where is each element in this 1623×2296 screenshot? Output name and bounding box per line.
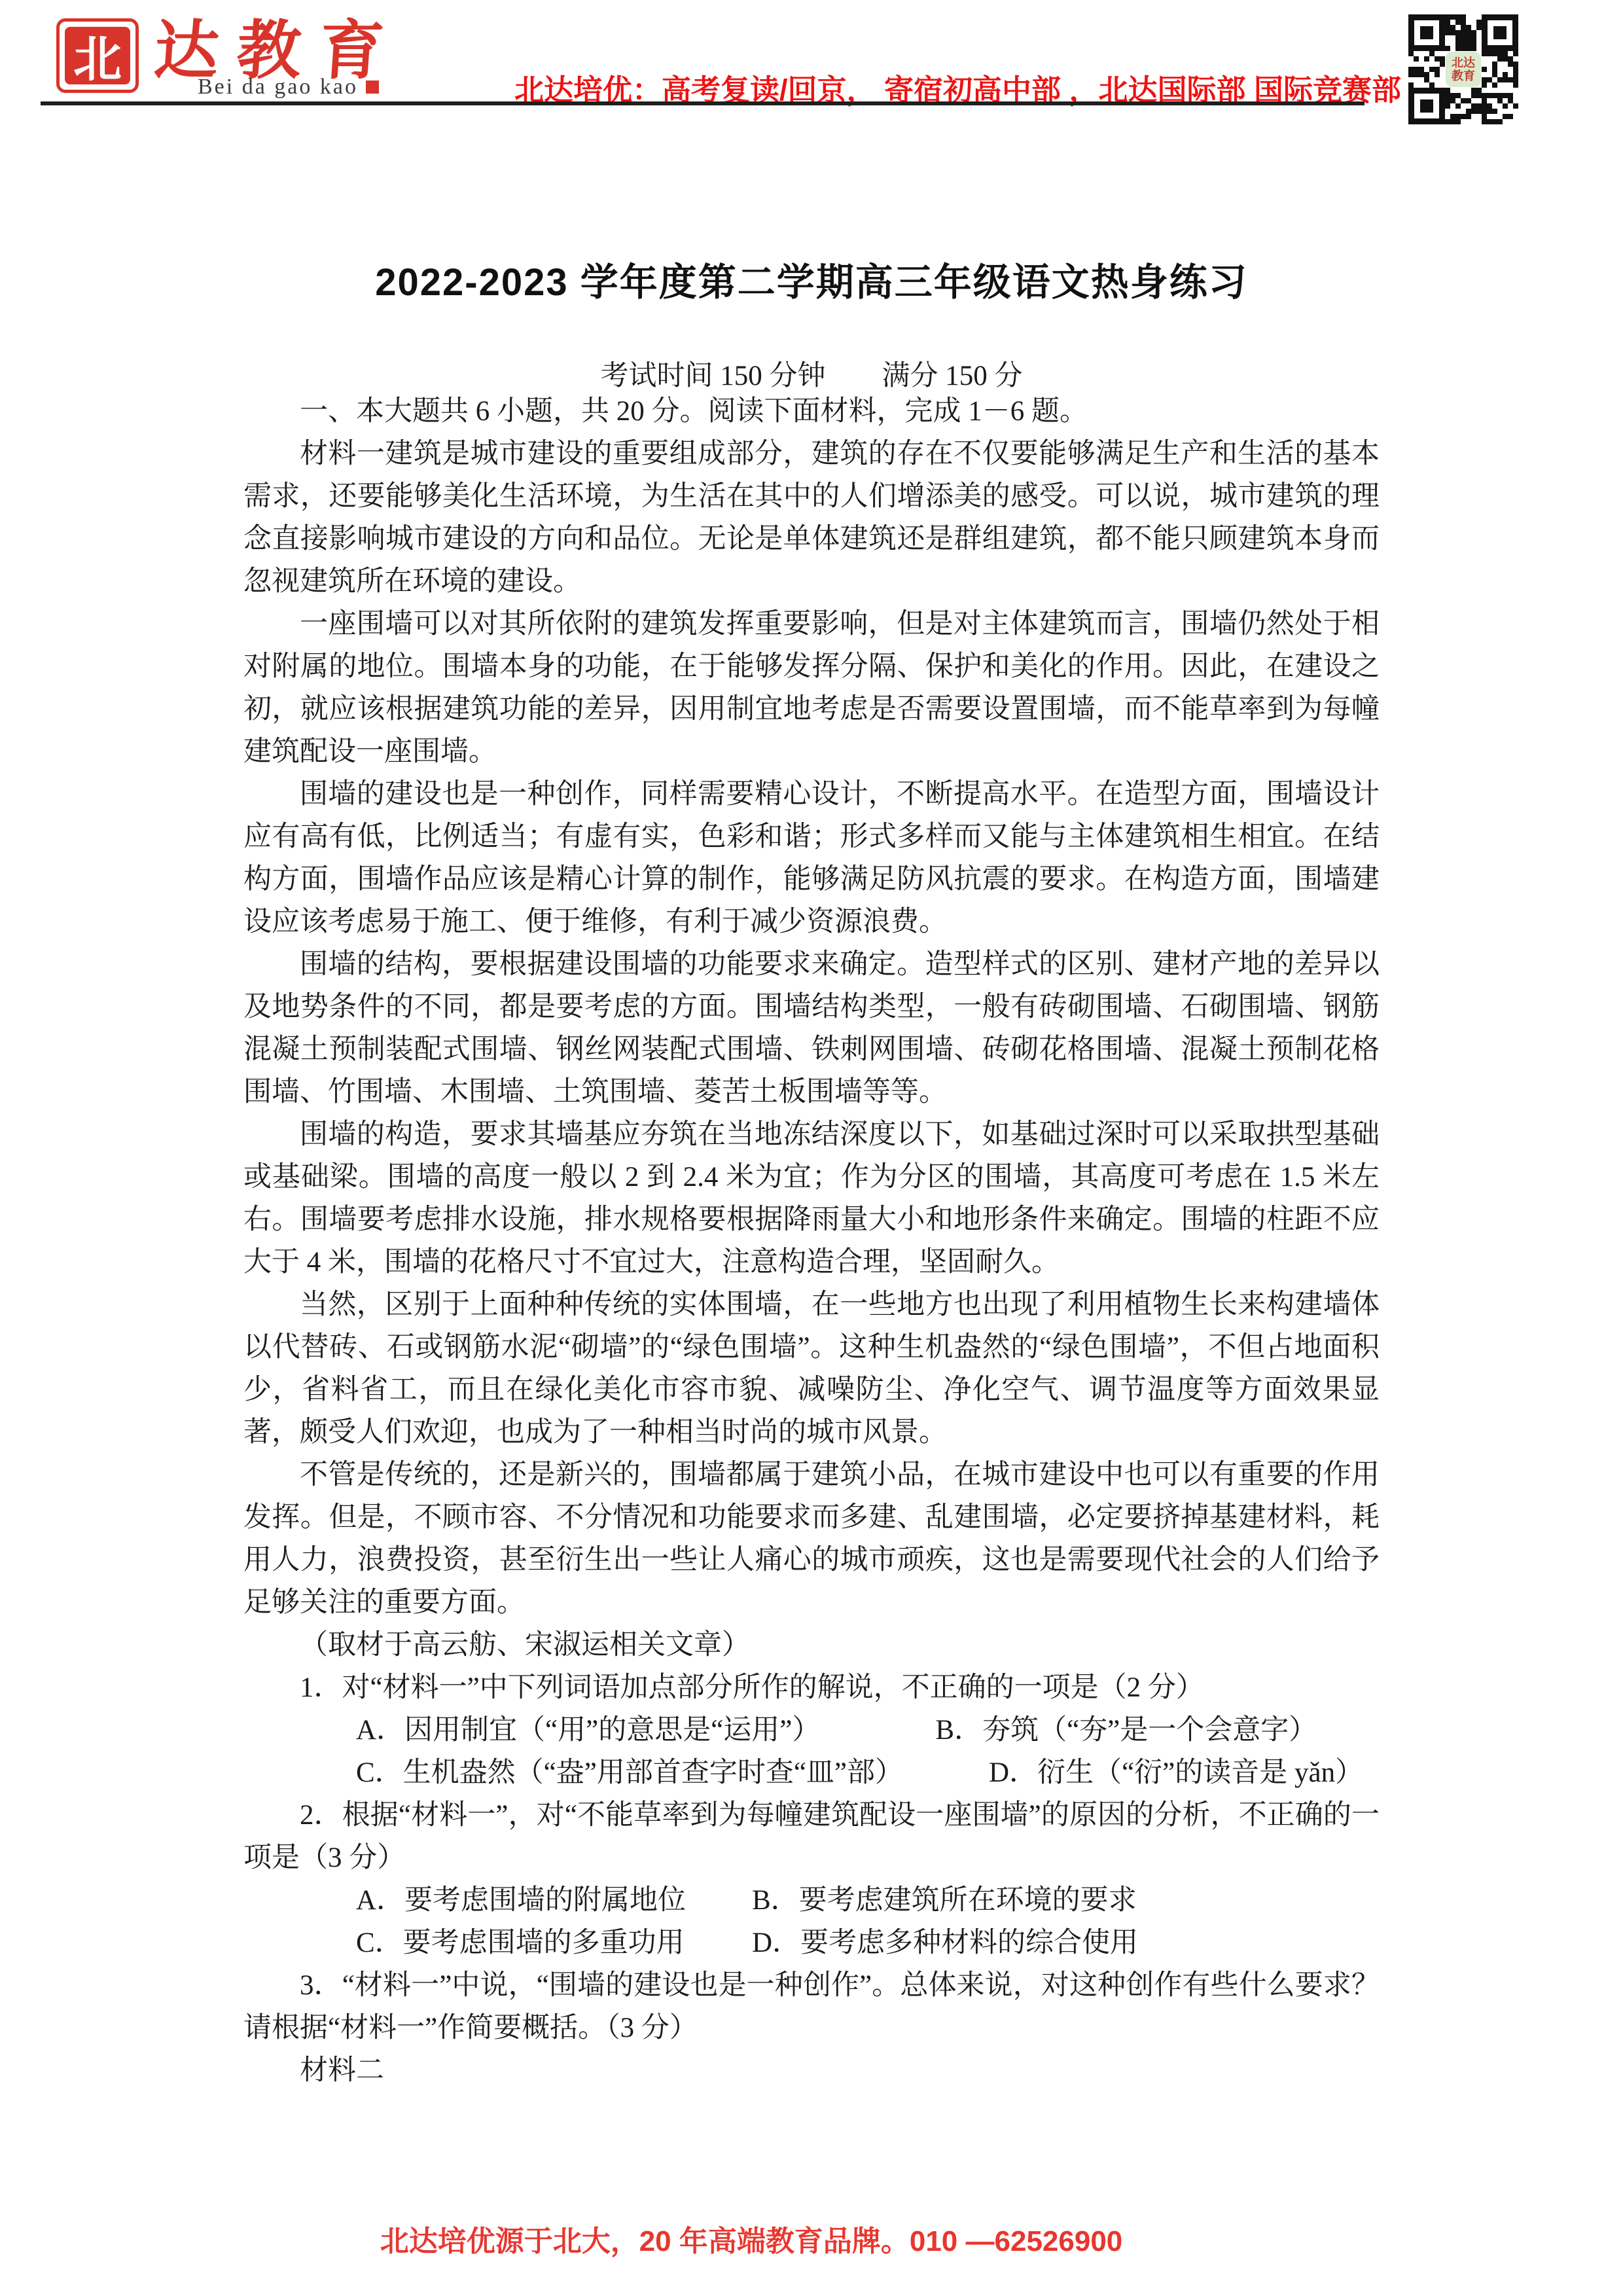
section-one-intro: 一、本大题共 6 小题，共 20 分。阅读下面材料，完成 1－6 题。 [243,390,1380,433]
qr-code: 北达 教育 [1408,14,1518,124]
exam-body: 一、本大题共 6 小题，共 20 分。阅读下面材料，完成 1－6 题。 材料一建… [243,390,1380,2092]
option-b: B．夯筑（“夯”是一个会意字） [879,1709,1317,1751]
material-two-label: 材料二 [243,2049,1380,2092]
brand-pinyin-text: Bei da gao kao [198,75,358,99]
material-one-paragraph: 围墙的结构，要根据建设围墙的功能要求来确定。造型样式的区别、建材产地的差异以及地… [243,943,1380,1113]
question-2-options-row-2: C．要考虑围墙的多重功用 D．要考虑多种材料的综合使用 [243,1922,1380,1964]
option-c: C．生机盎然（“盎”用部首查字时查“皿”部） [300,1751,903,1794]
question-2-options-row-1: A．要考虑围墙的附属地位 B．要考虑建筑所在环境的要求 [243,1879,1380,1922]
source-note: （取材于高云舫、宋淑运相关文章） [243,1624,1380,1666]
option-d: D．衍生（“衍”的读音是 yǎn） [933,1751,1363,1794]
footer-slogan: 北达培优源于北大，20 年高端教育品牌。010 —62526900 [0,2217,1503,2259]
qr-logo-line2: 教育 [1452,69,1475,82]
option-b: B．要考虑建筑所在环境的要求 [696,1879,1137,1922]
material-one-paragraph: 当然，区别于上面种种传统的实体围墙，在一些地方也出现了利用植物生长来构建墙体以代… [243,1283,1380,1454]
question-3-stem: 3．“材料一”中说，“围墙的建设也是一种创作”。总体来说，对这种创作有些什么要求… [243,1964,1380,2049]
option-a: A．要考虑围墙的附属地位 [300,1879,696,1922]
option-d: D．要考虑多种材料的综合使用 [696,1922,1138,1964]
qr-center-logo: 北达 教育 [1446,52,1481,87]
seal-character: 北 [65,27,130,84]
question-1-stem: 1．对“材料一”中下列词语加点部分所作的解说，不正确的一项是（2 分） [243,1666,1380,1709]
page-title: 2022-2023 学年度第二学期高三年级语文热身练习 [243,251,1380,306]
question-1-options-row-2: C．生机盎然（“盎”用部首查字时查“皿”部） D．衍生（“衍”的读音是 yǎn） [243,1751,1380,1794]
qr-logo-line1: 北达 [1452,56,1475,69]
brand-seal-logo: 北 [56,18,139,93]
option-a: A．因用制宜（“用”的意思是“运用”） [300,1709,820,1751]
exam-time-score-line: 考试时间 150 分钟 满分 150 分 [243,353,1380,393]
question-1-options-row-1: A．因用制宜（“用”的意思是“运用”） B．夯筑（“夯”是一个会意字） [243,1709,1380,1751]
qr-finder-icon [1482,14,1518,51]
material-one-paragraph: 一座围墙可以对其所依附的建筑发挥重要影响，但是对主体建筑而言，围墙仍然处于相对附… [243,603,1380,773]
material-one-paragraph: 不管是传统的，还是新兴的，围墙都属于建筑小品，在城市建设中也可以有重要的作用发挥… [243,1454,1380,1624]
option-c: C．要考虑围墙的多重功用 [300,1922,696,1964]
brand-pinyin-subtext: Bei da gao kao [198,75,379,99]
question-2-stem: 2．根据“材料一”，对“不能草率到为每幢建筑配设一座围墙”的原因的分析，不正确的… [243,1794,1380,1879]
material-one-paragraph: 围墙的建设也是一种创作，同样需要精心设计，不断提高水平。在造型方面，围墙设计应有… [243,773,1380,943]
qr-finder-icon [1408,88,1445,124]
material-one-paragraph: 围墙的构造，要求其墙基应夯筑在当地冻结深度以下，如基础过深时可以采取拱型基础或基… [243,1113,1380,1283]
exam-document-page: 北 达教育 Bei da gao kao 北达培优：高考复读/回京， 寄宿初高中… [0,0,1623,2296]
header-divider-line [41,101,1364,105]
qr-finder-icon [1408,14,1445,51]
red-square-icon [366,81,379,94]
material-one-paragraph: 材料一建筑是城市建设的重要组成部分，建筑的存在不仅要能够满足生产和生活的基本需求… [243,433,1380,603]
